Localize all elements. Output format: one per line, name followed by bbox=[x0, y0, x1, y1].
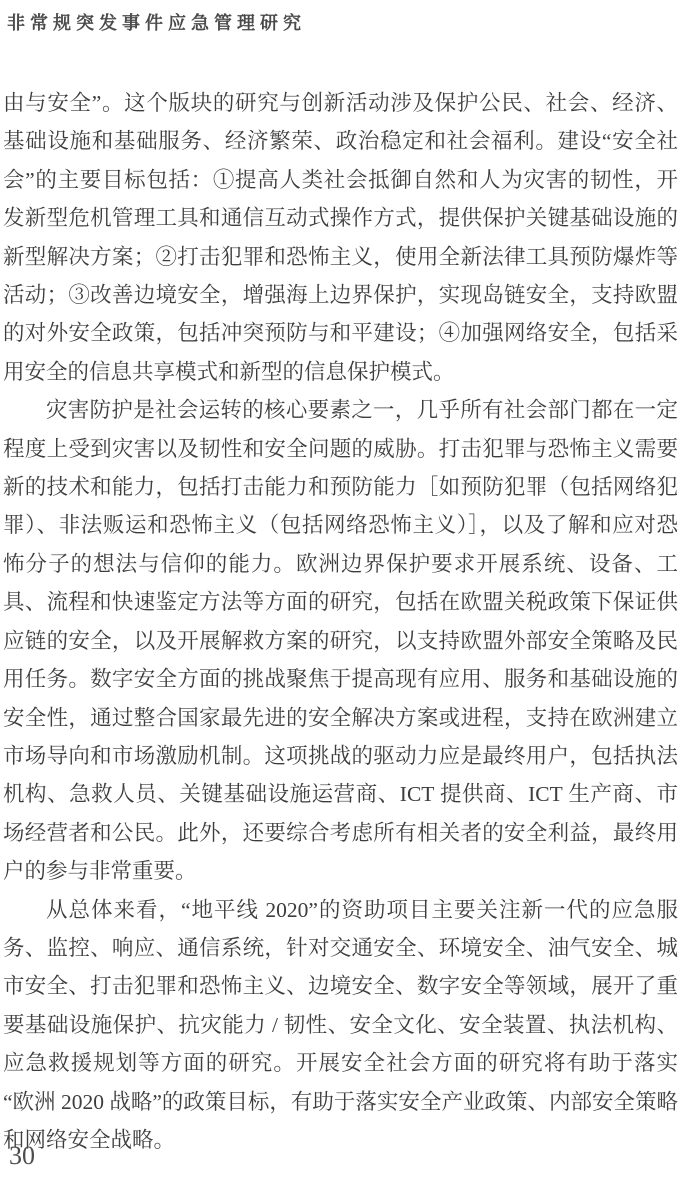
book-page: 非常规突发事件应急管理研究 由与安全”。这个版块的研究与创新活动涉及保护公民、社… bbox=[0, 0, 681, 1183]
running-head: 非常规突发事件应急管理研究 bbox=[7, 9, 306, 35]
paragraph: 由与安全”。这个版块的研究与创新活动涉及保护公民、社会、经济、基础设施和基础服务… bbox=[3, 84, 678, 391]
body-text: 由与安全”。这个版块的研究与创新活动涉及保护公民、社会、经济、基础设施和基础服务… bbox=[3, 84, 678, 1159]
paragraph: 灾害防护是社会运转的核心要素之一，几乎所有社会部门都在一定程度上受到灾害以及韧性… bbox=[3, 391, 678, 890]
paragraph: 从总体来看，“地平线 2020”的资助项目主要关注新一代的应急服务、监控、响应、… bbox=[3, 891, 678, 1160]
page-number: 30 bbox=[9, 1141, 35, 1171]
